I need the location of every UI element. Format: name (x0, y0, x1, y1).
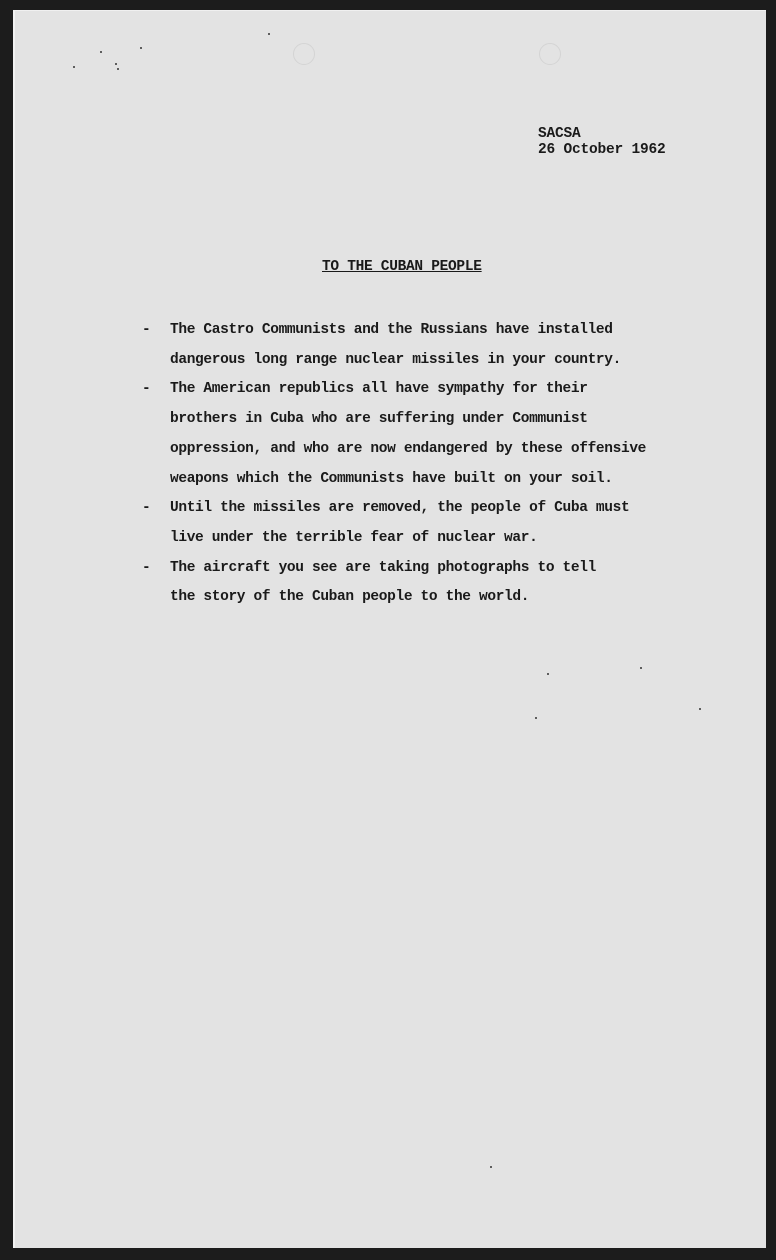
message-bullet: -The aircraft you see are taking photogr… (142, 554, 702, 613)
bullet-text-line: weapons which the Communists have built … (170, 465, 702, 495)
scan-speck (547, 673, 549, 675)
scan-speck (117, 68, 119, 70)
bullet-text-line: live under the terrible fear of nuclear … (170, 524, 702, 554)
bullet-text-line: The Castro Communists and the Russians h… (170, 316, 702, 346)
document-header: SACSA 26 October 1962 (538, 126, 666, 158)
punch-hole-mark (539, 43, 561, 65)
bullet-text-line: the story of the Cuban people to the wor… (170, 583, 702, 613)
bullet-dash: - (142, 375, 150, 405)
document-title: TO THE CUBAN PEOPLE (322, 259, 482, 275)
scan-speck (699, 708, 701, 710)
scan-speck (115, 63, 117, 65)
message-bullet-list: -The Castro Communists and the Russians … (142, 316, 702, 613)
message-bullet: -The Castro Communists and the Russians … (142, 316, 702, 375)
bullet-dash: - (142, 554, 150, 584)
scan-speck (268, 33, 270, 35)
scan-speck (100, 51, 102, 53)
scan-speck (490, 1166, 492, 1168)
scan-speck (73, 66, 75, 68)
bullet-text-line: The American republics all have sympathy… (170, 375, 702, 405)
document-page: SACSA 26 October 1962 TO THE CUBAN PEOPL… (13, 10, 766, 1248)
scan-speck (640, 667, 642, 669)
office-designation: SACSA (538, 126, 666, 142)
message-bullet: -The American republics all have sympath… (142, 375, 702, 494)
bullet-dash: - (142, 494, 150, 524)
bullet-text-line: The aircraft you see are taking photogra… (170, 554, 702, 584)
scan-speck (140, 47, 142, 49)
bullet-text-line: dangerous long range nuclear missiles in… (170, 346, 702, 376)
bullet-dash: - (142, 316, 150, 346)
message-bullet: -Until the missiles are removed, the peo… (142, 494, 702, 553)
bullet-text-line: Until the missiles are removed, the peop… (170, 494, 702, 524)
punch-hole-mark (293, 43, 315, 65)
document-date: 26 October 1962 (538, 142, 666, 158)
scan-speck (535, 717, 537, 719)
bullet-text-line: brothers in Cuba who are suffering under… (170, 405, 702, 435)
bullet-text-line: oppression, and who are now endangered b… (170, 435, 702, 465)
scan-frame: SACSA 26 October 1962 TO THE CUBAN PEOPL… (0, 0, 776, 1260)
